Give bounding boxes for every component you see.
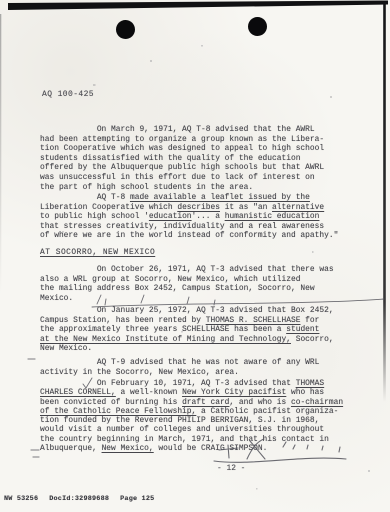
text-line: activity in the Socorro, New Mexico, are… — [40, 368, 319, 378]
text-segment: tion founded by the Reverend PHILIP BERR… — [40, 416, 319, 425]
text-segment: also a WRL group at Socorro, New Mexico,… — [40, 275, 300, 284]
text-line: also a WRL group at Socorro, New Mexico,… — [40, 275, 334, 285]
text-line: would visit a number of colleges and uni… — [40, 425, 343, 434]
text-segment: On October 26, 1971, AQ T-3 advised that… — [40, 265, 334, 274]
text-segment: offered by the Albuquerque public high s… — [40, 163, 324, 172]
text-segment: a Catholic pacifist organiza- — [196, 407, 338, 416]
document-page: AQ 100-425 On March 9, 1971, AQ T-8 advi… — [0, 0, 390, 512]
footer-page-label: Page 125 — [120, 495, 154, 503]
text-segment: Mexico. — [40, 294, 73, 303]
text-segment: AQ T-9 advised that he was not aware of … — [40, 358, 319, 367]
text-segment: students dissatisfied with the quality o… — [40, 154, 300, 163]
text-line: to public high school 'education'... a h… — [40, 212, 338, 222]
text-segment: that stresses creativity, individuality … — [40, 222, 324, 231]
underlined-text: CHARLES CORNELL, — [40, 388, 116, 397]
file-number: AQ 100-425 — [42, 90, 94, 99]
underlined-text: draft card — [182, 398, 229, 407]
underlined-text: of the Catholic Peace Fellowship, — [40, 407, 196, 416]
footer-control-number: NW 53256 — [4, 495, 38, 503]
text-line: On February 10, 1971, AQ T-3 advised tha… — [40, 379, 343, 388]
text-line: the country beginning in March, 1971, an… — [40, 435, 343, 444]
underlined-text: alternative — [272, 203, 324, 212]
underlined-text: New York City pacifist — [182, 388, 286, 397]
text-segment: On January 25, 1972, AQ T-3 advised that… — [40, 306, 334, 315]
paragraph-cornell-visit: On February 10, 1971, AQ T-3 advised tha… — [40, 379, 343, 453]
text-line: of the Catholic Peace Fellowship, a Cath… — [40, 407, 343, 416]
text-segment: On March 9, 1971, AQ T-8 advised that th… — [40, 125, 315, 134]
text-segment: Liberation Cooperative which — [40, 203, 177, 212]
text-line: On March 9, 1971, AQ T-8 advised that th… — [40, 125, 324, 135]
footer-docid: DocId:32989688 — [49, 495, 109, 503]
punch-hole-left — [116, 20, 135, 39]
text-segment: Campus Station, has been rented by — [40, 316, 206, 325]
text-line: students dissatisfied with the quality o… — [40, 154, 324, 164]
section-heading-socorro: AT SOCORRO, NEW MEXICO — [40, 248, 155, 257]
underlined-text: education — [149, 212, 192, 221]
text-line: of where we are in the world instead of … — [40, 231, 338, 241]
text-line: the part of high school students in the … — [40, 183, 324, 193]
text-segment: the approximately three years SCHELLHASE… — [40, 325, 286, 334]
text-line: tion founded by the Reverend PHILIP BERR… — [40, 416, 343, 425]
text-segment: Socorro, — [291, 335, 334, 344]
text-segment: '... a — [192, 212, 225, 221]
text-segment: been convicted of burning his — [40, 398, 182, 407]
punch-hole-right — [248, 17, 267, 36]
text-line: Campus Station, has been rented by THOMA… — [40, 316, 334, 326]
text-segment: tion Cooperative which was designed to a… — [40, 144, 324, 153]
text-line: was unsuccessful in this effort due to l… — [40, 173, 324, 183]
paragraph-schellhase-box: On January 25, 1972, AQ T-3 advised that… — [40, 306, 334, 354]
right-border — [383, 2, 386, 402]
text-segment: the part of high school students in the … — [40, 183, 253, 192]
left-border — [0, 14, 1, 294]
text-line: New Mexico. — [40, 344, 334, 354]
underlined-text: made available a leaflet issued by the — [130, 193, 310, 202]
text-line: CHARLES CORNELL, a well-known New York C… — [40, 388, 343, 397]
text-line: Liberation Cooperative which describes i… — [40, 203, 338, 213]
text-line: On October 26, 1971, AQ T-3 advised that… — [40, 265, 334, 275]
underlined-text: THOMAS — [296, 379, 324, 388]
paragraph-no-wrl-activity: AQ T-9 advised that he was not aware of … — [40, 358, 319, 377]
text-segment: Albuquerque, — [40, 444, 102, 453]
paragraph-leaflet-quote: AQ T-8 made available a leaflet issued b… — [40, 193, 338, 241]
text-segment: would be CRAIG SIMPSON. — [154, 444, 268, 453]
text-line: offered by the Albuquerque public high s… — [40, 163, 324, 173]
text-segment: AQ T-8 — [40, 193, 130, 202]
text-line: Mexico. — [40, 294, 334, 304]
text-line: the mailing address Box 2452, Campus Sta… — [40, 284, 334, 294]
underlined-text: co-chairman — [291, 398, 343, 407]
underlined-text: student — [286, 325, 319, 334]
text-segment: was unsuccessful in this effort due to l… — [40, 173, 315, 182]
page-number: - 12 - — [217, 464, 245, 473]
paragraph-socorro-wrl-group: On October 26, 1971, AQ T-3 advised that… — [40, 265, 334, 303]
text-line: AQ T-9 advised that he was not aware of … — [40, 358, 319, 368]
text-line: On January 25, 1972, AQ T-3 advised that… — [40, 306, 334, 316]
text-line: that stresses creativity, individuality … — [40, 222, 338, 232]
top-border — [8, 1, 388, 11]
text-segment: a well-known — [116, 388, 182, 397]
paragraph-awrl-liberation-cooperative: On March 9, 1971, AQ T-8 advised that th… — [40, 125, 324, 192]
text-line: AQ T-8 made available a leaflet issued b… — [40, 193, 338, 203]
text-segment: the country beginning in March, 1971, an… — [40, 435, 329, 444]
text-line: at the New Mexico Institute of Mining an… — [40, 335, 334, 345]
text-segment: activity in the Socorro, New Mexico, are… — [40, 368, 239, 377]
underlined-text: humanistic education — [225, 212, 320, 221]
text-line: the approximately three years SCHELLHASE… — [40, 325, 334, 335]
text-segment: to public high school ' — [40, 212, 149, 221]
text-segment: of where we are in the world instead of … — [40, 231, 338, 240]
text-segment: had been attempting to organize a group … — [40, 135, 324, 144]
underlined-text: describes — [177, 203, 220, 212]
underlined-text: at the New Mexico Institute of Mining an… — [40, 335, 291, 344]
margin-marks — [28, 359, 39, 457]
text-line: been convicted of burning his draft card… — [40, 398, 343, 407]
text-line: Albuquerque, New Mexico, would be CRAIG … — [40, 444, 343, 453]
text-segment: , and who is — [229, 398, 291, 407]
text-segment: the mailing address Box 2452, Campus Sta… — [40, 284, 315, 293]
text-segment: would visit a number of colleges and uni… — [40, 425, 324, 434]
footer-line: NW 53256 DocId:32989688 Page 125 — [4, 495, 154, 503]
text-segment: New Mexico. — [40, 344, 92, 353]
underlined-text: THOMAS R. SCHELLHASE — [206, 316, 301, 325]
text-segment: On February 10, 1971, AQ T-3 advised tha… — [40, 379, 296, 388]
text-line: tion Cooperative which was designed to a… — [40, 144, 324, 154]
text-segment: it as "an — [220, 203, 272, 212]
underlined-text: New Mexico, — [102, 444, 154, 453]
text-segment: who has — [286, 388, 324, 397]
text-line: had been attempting to organize a group … — [40, 135, 324, 145]
text-segment: for — [300, 316, 319, 325]
